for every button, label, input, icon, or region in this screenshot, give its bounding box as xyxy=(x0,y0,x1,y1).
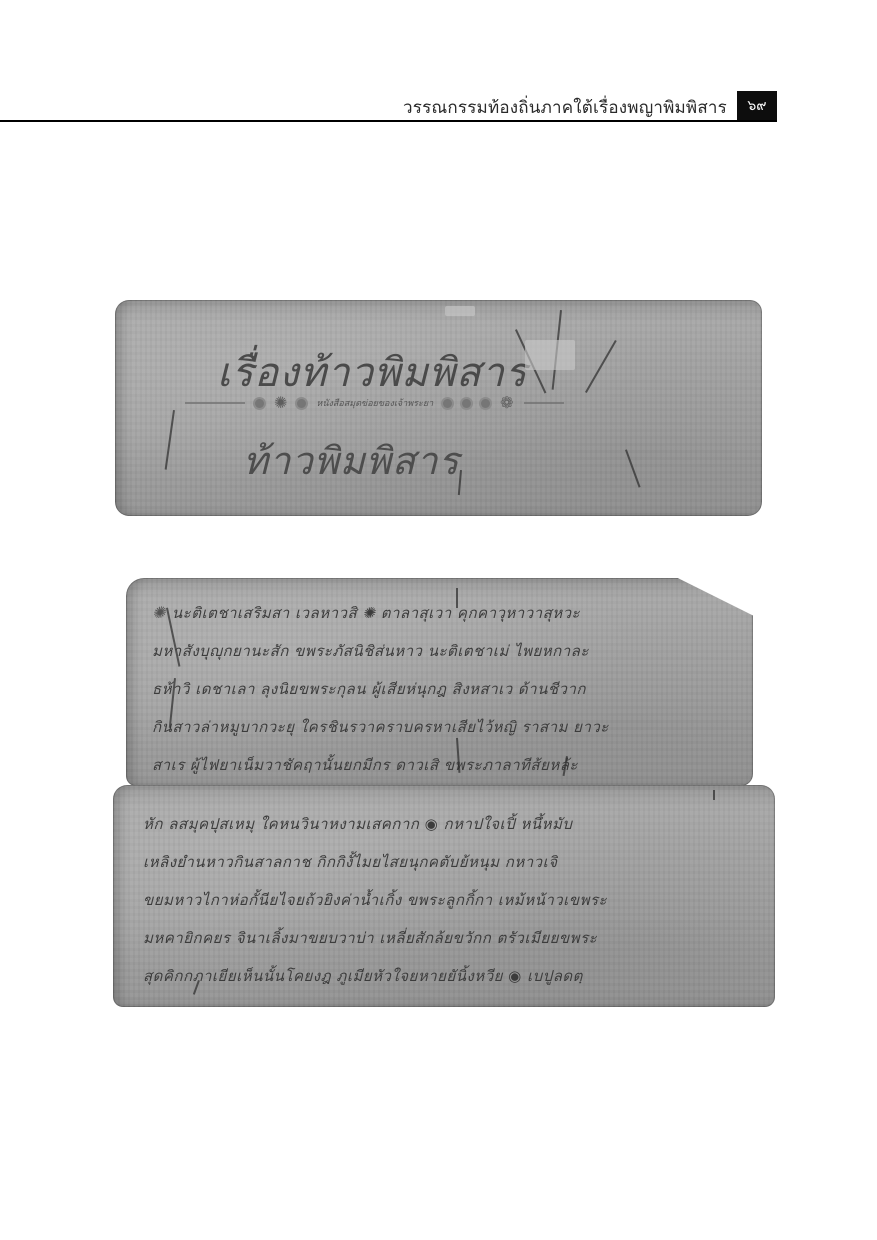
leaf-3-line-3: ขยมหาวไกาห่อกั้นียไจยถ้วยิงค่าน้ำเกิ้ง ข… xyxy=(143,881,755,919)
manuscript-cover-leaf: เรื่องท้าวพิมพิสาร ✺ หนังสือสมุดข่อยของเ… xyxy=(115,300,762,516)
cover-ornamental-divider: ✺ หนังสือสมุดข่อยของเจ้าพระยา ❁ xyxy=(185,396,675,410)
cover-title-line-2: ท้าวพิมพิสาร xyxy=(243,430,460,491)
leaf-crack xyxy=(165,410,175,470)
manuscript-line: มหาสังบุญุกยานะสัก ขพระภัสนิชิส่นหาว นะต… xyxy=(152,632,589,670)
leaf-chip xyxy=(445,306,475,316)
divider-line xyxy=(524,402,564,404)
leaf-2-text: ✺ นะติเตชาเสริมสา เวลหาวสิ ✺ ตาลาสุเวา ค… xyxy=(152,594,733,784)
divider-line xyxy=(185,402,245,404)
page-number: ๖๙ xyxy=(737,91,777,120)
header-rule xyxy=(0,120,777,122)
leaf-2-line-1: ✺ นะติเตชาเสริมสา เวลหาวสิ ✺ ตาลาสุเวา ค… xyxy=(152,594,733,632)
ornament-dot-icon xyxy=(443,399,452,408)
manuscript-line: ขยมหาวไกาห่อกั้นียไจยถ้วยิงค่าน้ำเกิ้ง ข… xyxy=(143,881,607,919)
manuscript-line: กินสาวล่าหมูบากวะยุ ใครชินรวาคราบครหาเสี… xyxy=(152,708,609,746)
leaf-3-line-5: สุดคิกกภาเยียเห็นนั้นโคยงฎ ภูเมียหัวใจยห… xyxy=(143,957,755,995)
leaf-crack xyxy=(585,340,617,393)
leaf-3-line-4: มหคายิกคยร จินาเลิ้งมาขยบวาบ่า เหลี่ยสัก… xyxy=(143,919,755,957)
ornament-dot-icon xyxy=(462,399,471,408)
manuscript-line: หัก ลสมุคปุสเหมุ ใคหนวินาหงามเสคกาก ◉ กห… xyxy=(143,805,572,843)
leaf-3-line-2: เหลิงยำนหาวกินสาลกาช กิกกิงั้ไมยไสยนุกคต… xyxy=(143,843,755,881)
leaf-2-line-5: สาเร ผู้ไฟยาเน็มวาชัคฤานั้นยกมีกร ดาวเสิ… xyxy=(152,746,733,784)
leaf-crack xyxy=(625,449,641,487)
ornament-flower-icon: ❁ xyxy=(500,395,513,411)
manuscript-line: เหลิงยำนหาวกินสาลกาช กิกกิงั้ไมยไสยนุกคต… xyxy=(143,843,558,881)
leaf-2-line-4: กินสาวล่าหมูบากวะยุ ใครชินรวาคราบครหาเสี… xyxy=(152,708,733,746)
cover-subtitle: หนังสือสมุดข่อยของเจ้าพระยา xyxy=(316,396,433,410)
ornament-dot-icon xyxy=(297,399,306,408)
ornament-star-icon: ✺ xyxy=(152,594,166,632)
manuscript-line: สุดคิกกภาเยียเห็นนั้นโคยงฎ ภูเมียหัวใจยห… xyxy=(143,957,583,995)
leaf-3-line-1: หัก ลสมุคปุสเหมุ ใคหนวินาหงามเสคกาก ◉ กห… xyxy=(143,805,755,843)
cover-title-line-1: เรื่องท้าวพิมพิสาร xyxy=(217,340,527,404)
manuscript-leaf-3: หัก ลสมุคปุสเหมุ ใคหนวินาหงามเสคกาก ◉ กห… xyxy=(113,785,775,1007)
manuscript-line: มหคายิกคยร จินาเลิ้งมาขยบวาบ่า เหลี่ยสัก… xyxy=(143,919,597,957)
leaf-chip xyxy=(525,340,575,370)
ornament-dot-icon xyxy=(481,399,490,408)
leaf-crack xyxy=(456,588,458,608)
running-title: วรรณกรรมท้องถิ่นภาคใต้เรื่องพญาพิมพิสาร xyxy=(403,94,727,121)
running-header: วรรณกรรมท้องถิ่นภาคใต้เรื่องพญาพิมพิสาร … xyxy=(0,88,777,122)
manuscript-line: ธห้าวิ เดชาเลา ลุงนิยขพระกุลน ผู้เสียห่น… xyxy=(152,670,586,708)
manuscript-line: นะติเตชาเสริมสา เวลหาวสิ ✺ ตาลาสุเวา คุก… xyxy=(172,594,580,632)
manuscript-line: สาเร ผู้ไฟยาเน็มวาชัคฤานั้นยกมีกร ดาวเสิ… xyxy=(152,746,578,784)
leaf-3-text: หัก ลสมุคปุสเหมุ ใคหนวินาหงามเสคกาก ◉ กห… xyxy=(143,805,755,995)
ornament-star-icon: ✺ xyxy=(274,395,287,411)
leaf-2-line-3: ธห้าวิ เดชาเลา ลุงนิยขพระกุลน ผู้เสียห่น… xyxy=(152,670,733,708)
leaf-2-line-2: มหาสังบุญุกยานะสัก ขพระภัสนิชิส่นหาว นะต… xyxy=(152,632,733,670)
leaf-crack xyxy=(713,790,715,800)
manuscript-leaf-2: ✺ นะติเตชาเสริมสา เวลหาวสิ ✺ ตาลาสุเวา ค… xyxy=(126,578,753,786)
ornament-dot-icon xyxy=(255,399,264,408)
